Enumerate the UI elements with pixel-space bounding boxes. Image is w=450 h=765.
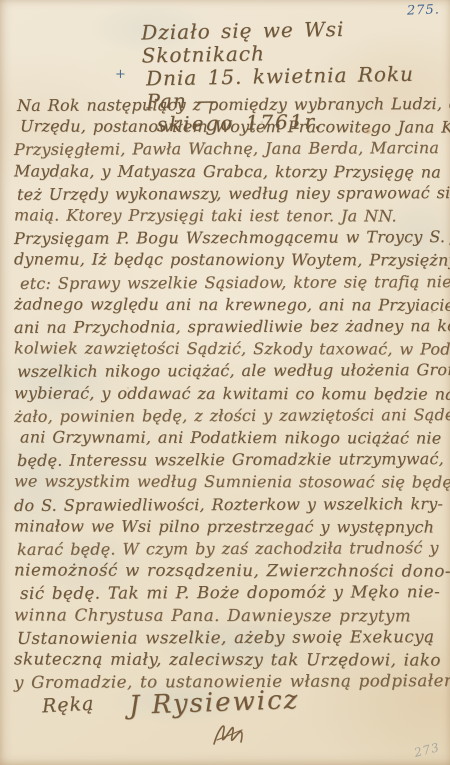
signature-prefix: Ręką: [41, 693, 94, 718]
manuscript-line: winna Chrystusa Pana. Dawnieysze przytym: [14, 604, 444, 627]
manuscript-line: we wszystkim według Sumnienia stosować s…: [14, 471, 444, 494]
manuscript-line: minałow we Wsi pilno przestrzegać y wyst…: [14, 515, 444, 538]
manuscript-line: ani Grzywnami, ani Podatkiem nikogo ucią…: [20, 426, 444, 449]
manuscript-line: sić będę. Tak mi P. Boże dopomóż y Męko …: [20, 582, 444, 606]
manuscript-line: karać będę. W czym by zaś zachodziła tru…: [17, 537, 444, 561]
manuscript-line: Maydaka, y Matyasza Grabca, ktorzy Przys…: [14, 160, 444, 183]
manuscript-body: Na Rok następuiący z pomiędzy wybranych …: [14, 94, 444, 693]
manuscript-line: Urzędu, postanowiłem Woytem Pracowitego …: [20, 116, 444, 139]
manuscript-line: Na Rok następuiący z pomiędzy wybranych …: [17, 93, 444, 117]
manuscript-line: wybierać, y oddawać za kwitami co komu b…: [14, 382, 444, 405]
manuscript-line: ani na Przychodnia, sprawiedliwie bez ża…: [14, 315, 444, 339]
manuscript-line: też Urzędy wykonawszy, według niey spraw…: [17, 182, 444, 206]
plus-mark: +: [115, 67, 126, 82]
manuscript-line: żadnego względu ani na krewnego, ani na …: [14, 293, 444, 316]
manuscript-line: będę. Interessu wszelkie Gromadzkie utrz…: [17, 448, 444, 472]
manuscript-line: Ustanowienia wszelkie, ażeby swoię Exeku…: [17, 626, 444, 650]
manuscript-line: do S. Sprawiedliwości, Rozterkow y wszel…: [14, 493, 444, 517]
dateline-line: Działo się we Wsi Skotnikach: [141, 16, 450, 67]
manuscript-line: wszelkich nikogo uciążać, ale według uło…: [17, 360, 444, 384]
manuscript-page: 275. Działo się we Wsi Skotnikach Dnia 1…: [0, 0, 450, 765]
manuscript-line: skuteczną miały, zaleciwszy tak Urzędowi…: [14, 649, 444, 672]
manuscript-line: dynemu, Iż będąc postanowiony Woytem, Pr…: [14, 249, 444, 272]
signature-block: Ręką J Rysiewicz: [42, 688, 322, 718]
manuscript-line: Przysięgam P. Bogu Wszechmogącemu w Troy…: [14, 226, 444, 250]
signature-name: J Rysiewicz: [129, 685, 300, 721]
manuscript-line: etc: Sprawy wszelkie Sąsiadow, ktore się…: [20, 271, 444, 295]
manuscript-line: maią. Ktorey Przysięgi taki iest tenor. …: [14, 204, 444, 227]
signature-flourish-icon: [208, 718, 250, 748]
faint-corner-number: 273: [413, 740, 442, 760]
manuscript-line: kolwiek zawziętości Sądzić, Szkody taxow…: [14, 338, 444, 361]
manuscript-line: żało, powinien będę, z złości y zawzięto…: [14, 404, 444, 428]
manuscript-line: Przysięgłemi, Pawła Wachnę, Jana Berda, …: [14, 137, 444, 161]
manuscript-line: niemożność w rozsądzeniu, Zwierzchności …: [14, 560, 444, 583]
